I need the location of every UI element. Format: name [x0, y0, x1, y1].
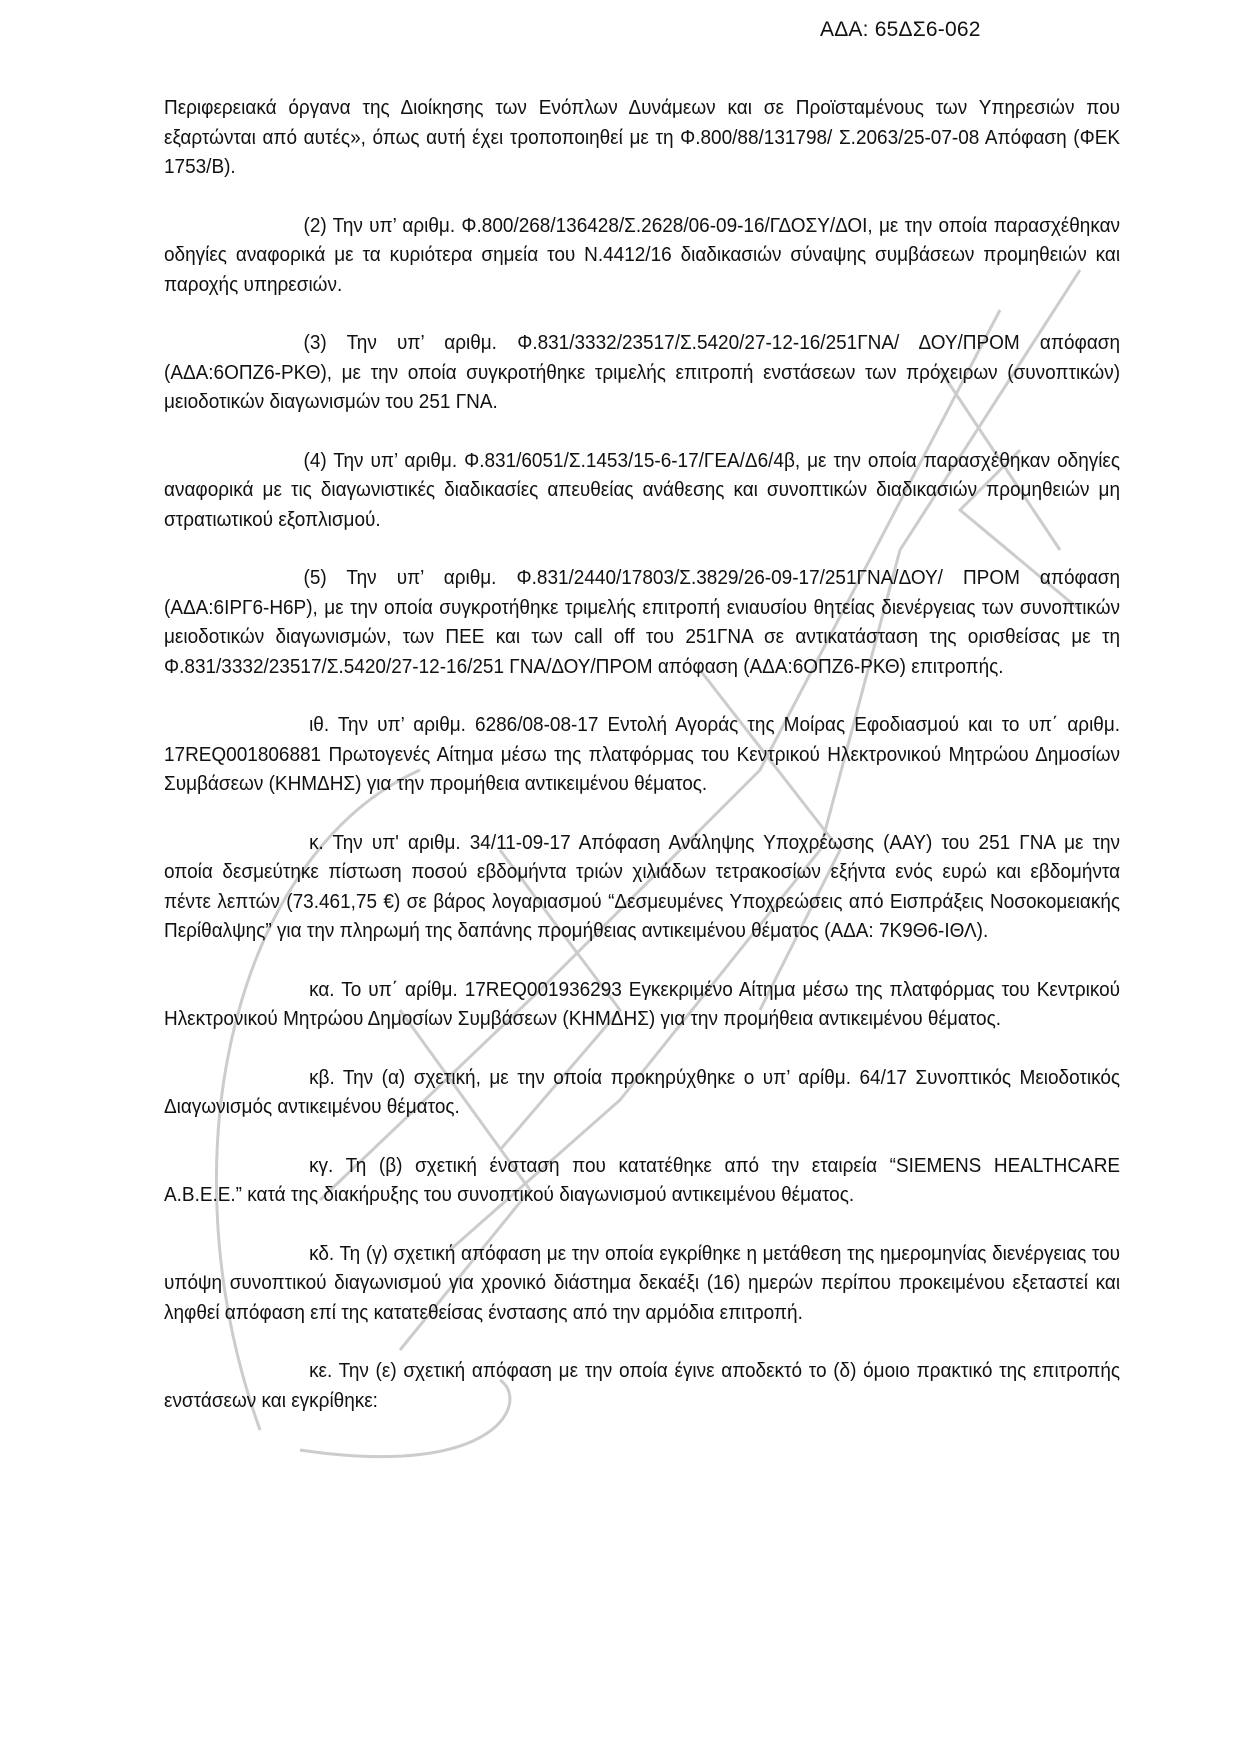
- paragraph-item-kd: κδ. Τη (γ) σχετική απόφαση με την οποία …: [164, 1240, 1120, 1329]
- paragraph-item-k: κ. Την υπ' αριθμ. 34/11-09-17 Απόφαση Αν…: [164, 829, 1120, 947]
- paragraph-item-3: (3) Την υπ’ αριθμ. Φ.831/3332/23517/Σ.54…: [164, 329, 1120, 418]
- paragraph-item-kg: κγ. Τη (β) σχετική ένσταση που κατατέθηκ…: [164, 1152, 1120, 1211]
- paragraph-item-5: (5) Την υπ’ αριθμ. Φ.831/2440/17803/Σ.38…: [164, 564, 1120, 682]
- paragraph-item-kb: κβ. Την (α) σχετική, με την οποία προκηρ…: [164, 1064, 1120, 1123]
- paragraph-item-2: (2) Την υπ’ αριθμ. Φ.800/268/136428/Σ.26…: [164, 212, 1120, 301]
- paragraph-item-ka: κα. Το υπ΄ αρίθμ. 17REQ001936293 Εγκεκρι…: [164, 976, 1120, 1035]
- paragraph-item-4: (4) Την υπ’ αριθμ. Φ.831/6051/Σ.1453/15-…: [164, 447, 1120, 536]
- paragraph-item-ke: κε. Την (ε) σχετική απόφαση με την οποία…: [164, 1357, 1120, 1416]
- document-body: Περιφερειακά όργανα της Διοίκησης των Εν…: [164, 94, 1120, 1445]
- paragraph-item-ith: ιθ. Την υπ’ αριθμ. 6286/08-08-17 Εντολή …: [164, 711, 1120, 800]
- ada-identifier: ΑΔΑ: 65ΔΣ6-062: [820, 18, 981, 42]
- paragraph-intro: Περιφερειακά όργανα της Διοίκησης των Εν…: [164, 94, 1120, 183]
